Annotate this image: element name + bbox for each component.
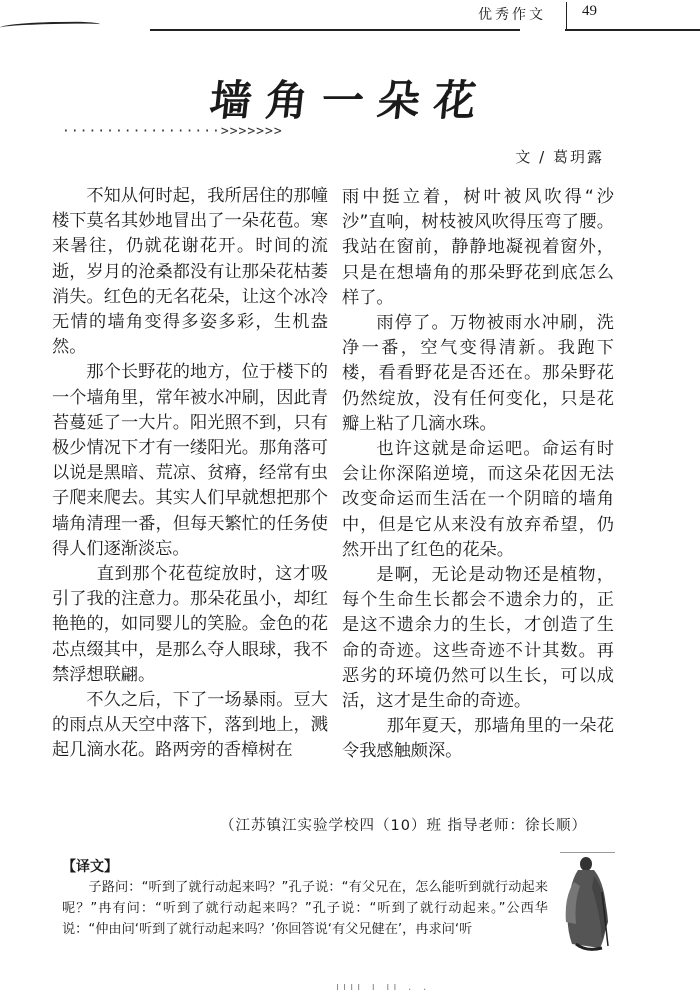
- paragraph: 不久之后，下了一场暴雨。豆大的雨点从天空中落下，落到地上，溅起几滴水花。路两旁的…: [52, 688, 328, 764]
- paragraph: 是啊，无论是动物还是植物，每个生命生长都会不遗余力的，正是这不遗余力的生长，才创…: [342, 563, 614, 714]
- article-byline: （江苏镇江实验学校四（10）班 指导老师：徐长顺）: [220, 814, 587, 835]
- paragraph: 那个长野花的地方，位于楼下的一个墙角里，常年被水冲刷，因此青苔蔓延了一大片。阳光…: [52, 360, 328, 562]
- page-number: 49: [582, 3, 597, 20]
- paragraph: 那年夏天，那墙角里的一朵花令我感触颇深。: [342, 714, 614, 764]
- article-title: 墙角一朵花: [0, 68, 700, 128]
- translation-label: 【译文】: [62, 856, 118, 876]
- confucius-figure-icon: [556, 852, 626, 952]
- header-left-rule: [0, 21, 100, 31]
- paragraph: 雨中挺立着，树叶被风吹得“沙沙”直响，树枝被风吹得压弯了腰。我站在窗前，静静地凝…: [342, 185, 614, 311]
- paragraph: 不知从何时起，我所居住的那幢楼下莫名其妙地冒出了一朵花苞。寒来暑往，仍就花谢花开…: [52, 184, 328, 360]
- left-column: 不知从何时起，我所居住的那幢楼下莫名其妙地冒出了一朵花苞。寒来暑往，仍就花谢花开…: [52, 184, 328, 764]
- header-section-name: 优秀作文: [478, 4, 546, 24]
- header-rule: [150, 29, 520, 31]
- right-column: 雨中挺立着，树叶被风吹得“沙沙”直响，树枝被风吹得压弯了腰。我站在窗前，静静地凝…: [342, 185, 614, 765]
- article-author: 文 / 葛玥露: [515, 146, 604, 167]
- header-divider: [566, 2, 567, 29]
- header-rule-right: [565, 29, 700, 31]
- translation-text: 子路问：“听到了就行动起来吗？”孔子说：“有父兄在，怎么能听到就行动起来呢？”冉…: [62, 877, 548, 940]
- scan-marks: ıııı ı ıı . .: [336, 980, 430, 993]
- paragraph: 直到那个花苞绽放时，这才吸引了我的注意力。那朵花虽小，却红艳艳的，如同婴儿的笑脸…: [52, 562, 328, 688]
- translation-body: 子路问：“听到了就行动起来吗？”孔子说：“有父兄在，怎么能听到就行动起来呢？”冉…: [62, 877, 548, 940]
- paragraph: 也许这就是命运吧。命运有时会让你深陷逆境，而这朵花因无法改变命运而生活在一个阴暗…: [342, 437, 614, 563]
- title-decoration: ··················>>>>>>>: [62, 124, 283, 139]
- paragraph: 雨停了。万物被雨水冲刷，洗净一番，空气变得清新。我跑下楼，看看野花是否还在。那朵…: [342, 311, 614, 437]
